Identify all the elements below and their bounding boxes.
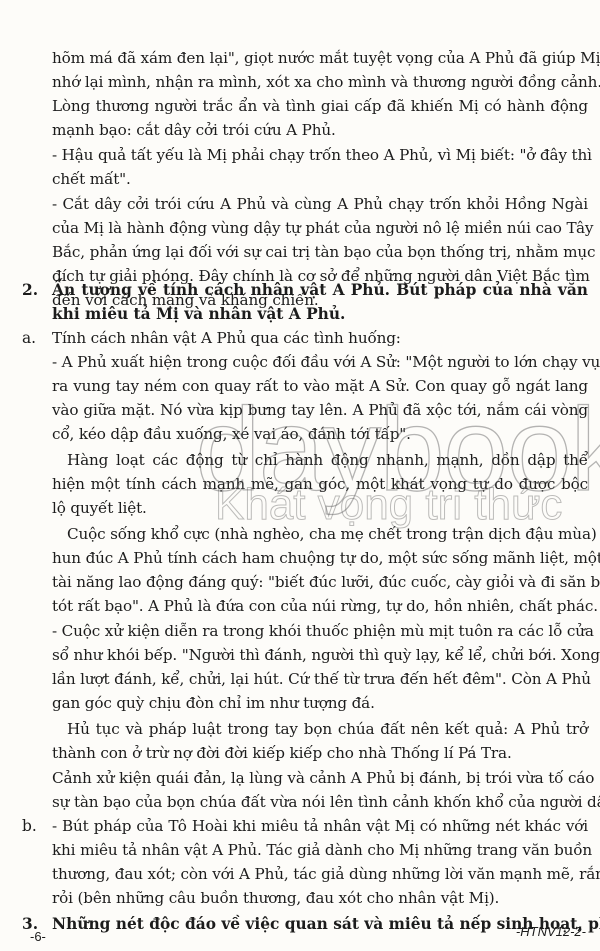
text-line: lần lượt đánh, kể, chửi, lại hút. Cứ thế… [52, 667, 588, 691]
text-line: - Bút pháp của Tô Hoài khi miêu tả nhân … [52, 814, 588, 838]
page-number: -6- [30, 929, 46, 944]
text-line: sổ như khói bếp. "Người thì đánh, người … [52, 643, 588, 667]
text-line: - Cắt dây cởi trói cứu A Phủ và cùng A P… [52, 192, 588, 216]
text-line: - Hậu quả tất yếu là Mị phải chạy trốn t… [52, 143, 588, 167]
text-line: Hàng loạt các động từ chỉ hành động nhan… [52, 448, 588, 472]
text-line: hiện một tính cách mạnh mẽ, gan góc, một… [52, 472, 588, 496]
text-line: gan góc quỳ chịu đòn chỉ im như tượng đá… [52, 691, 588, 715]
text-line: Cuộc sống khổ cực (nhà nghèo, cha mẹ chế… [52, 522, 588, 546]
text-line: tài năng lao động đáng quý: "biết đúc lư… [52, 570, 588, 594]
document-code: -HTNV12-2- [516, 924, 586, 939]
text-line: tót rất bạo". A Phủ là đứa con của núi r… [52, 594, 588, 618]
section-heading: khi miêu tả Mị và nhân vật A Phủ. [52, 302, 588, 326]
text-line: Tính cách nhân vật A Phủ qua các tình hu… [52, 326, 588, 350]
text-line: thương, đau xót; còn với A Phủ, tác giả … [52, 862, 588, 886]
text-line: Bắc, phản ứng lại đối với sự cai trị tàn… [52, 240, 588, 264]
text-line: hõm má đã xám đen lại", giọt nước mắt tu… [52, 46, 588, 70]
text-line: nhớ lại mình, nhận ra mình, xót xa cho m… [52, 70, 588, 94]
section-number: 2. [22, 278, 38, 302]
item-marker: b. [22, 814, 37, 838]
text-line: cổ, kéo dập đầu xuống, xé vai áo, đánh t… [52, 422, 588, 446]
text-line: Lòng thương người trắc ẩn và tình giai c… [52, 94, 588, 118]
text-line: chết mất". [52, 167, 588, 191]
section-heading: Ấn tượng về tính cách nhân vật A Phủ. Bú… [52, 278, 588, 302]
text-line: rỏi (bên những câu buồn thương, đau xót … [52, 886, 588, 910]
text-line: vào giữa mặt. Nó vừa kịp bưng tay lên. A… [52, 398, 588, 422]
text-line: của Mị là hành động vùng dậy tự phát của… [52, 216, 588, 240]
text-line: Cảnh xử kiện quái đản, lạ lùng và cảnh A… [52, 766, 588, 790]
text-line: - Cuộc xử kiện diễn ra trong khói thuốc … [52, 619, 588, 643]
text-line: Hủ tục và pháp luật trong tay bọn chúa đ… [52, 717, 588, 741]
text-line: mạnh bạo: cắt dây cởi trói cứu A Phủ. [52, 118, 588, 142]
text-line: lộ quyết liệt. [52, 496, 588, 520]
section-heading: Những nét độc đáo về việc quan sát và mi… [52, 912, 588, 936]
text-line: hun đúc A Phủ tính cách ham chuộng tự do… [52, 546, 588, 570]
text-line: khi miêu tả nhân vật A Phủ. Tác giả dành… [52, 838, 588, 862]
text-line: ra vung tay ném con quay rất to vào mặt … [52, 374, 588, 398]
document-page: hõm má đã xám đen lại", giọt nước mắt tu… [0, 0, 600, 951]
text-line: thành con ở trừ nợ đời đời kiếp kiếp cho… [52, 741, 588, 765]
text-line: sự tàn bạo của bọn chúa đất vừa nói lên … [52, 790, 588, 814]
item-marker: a. [22, 326, 36, 350]
text-line: - A Phủ xuất hiện trong cuộc đối đầu với… [52, 350, 588, 374]
